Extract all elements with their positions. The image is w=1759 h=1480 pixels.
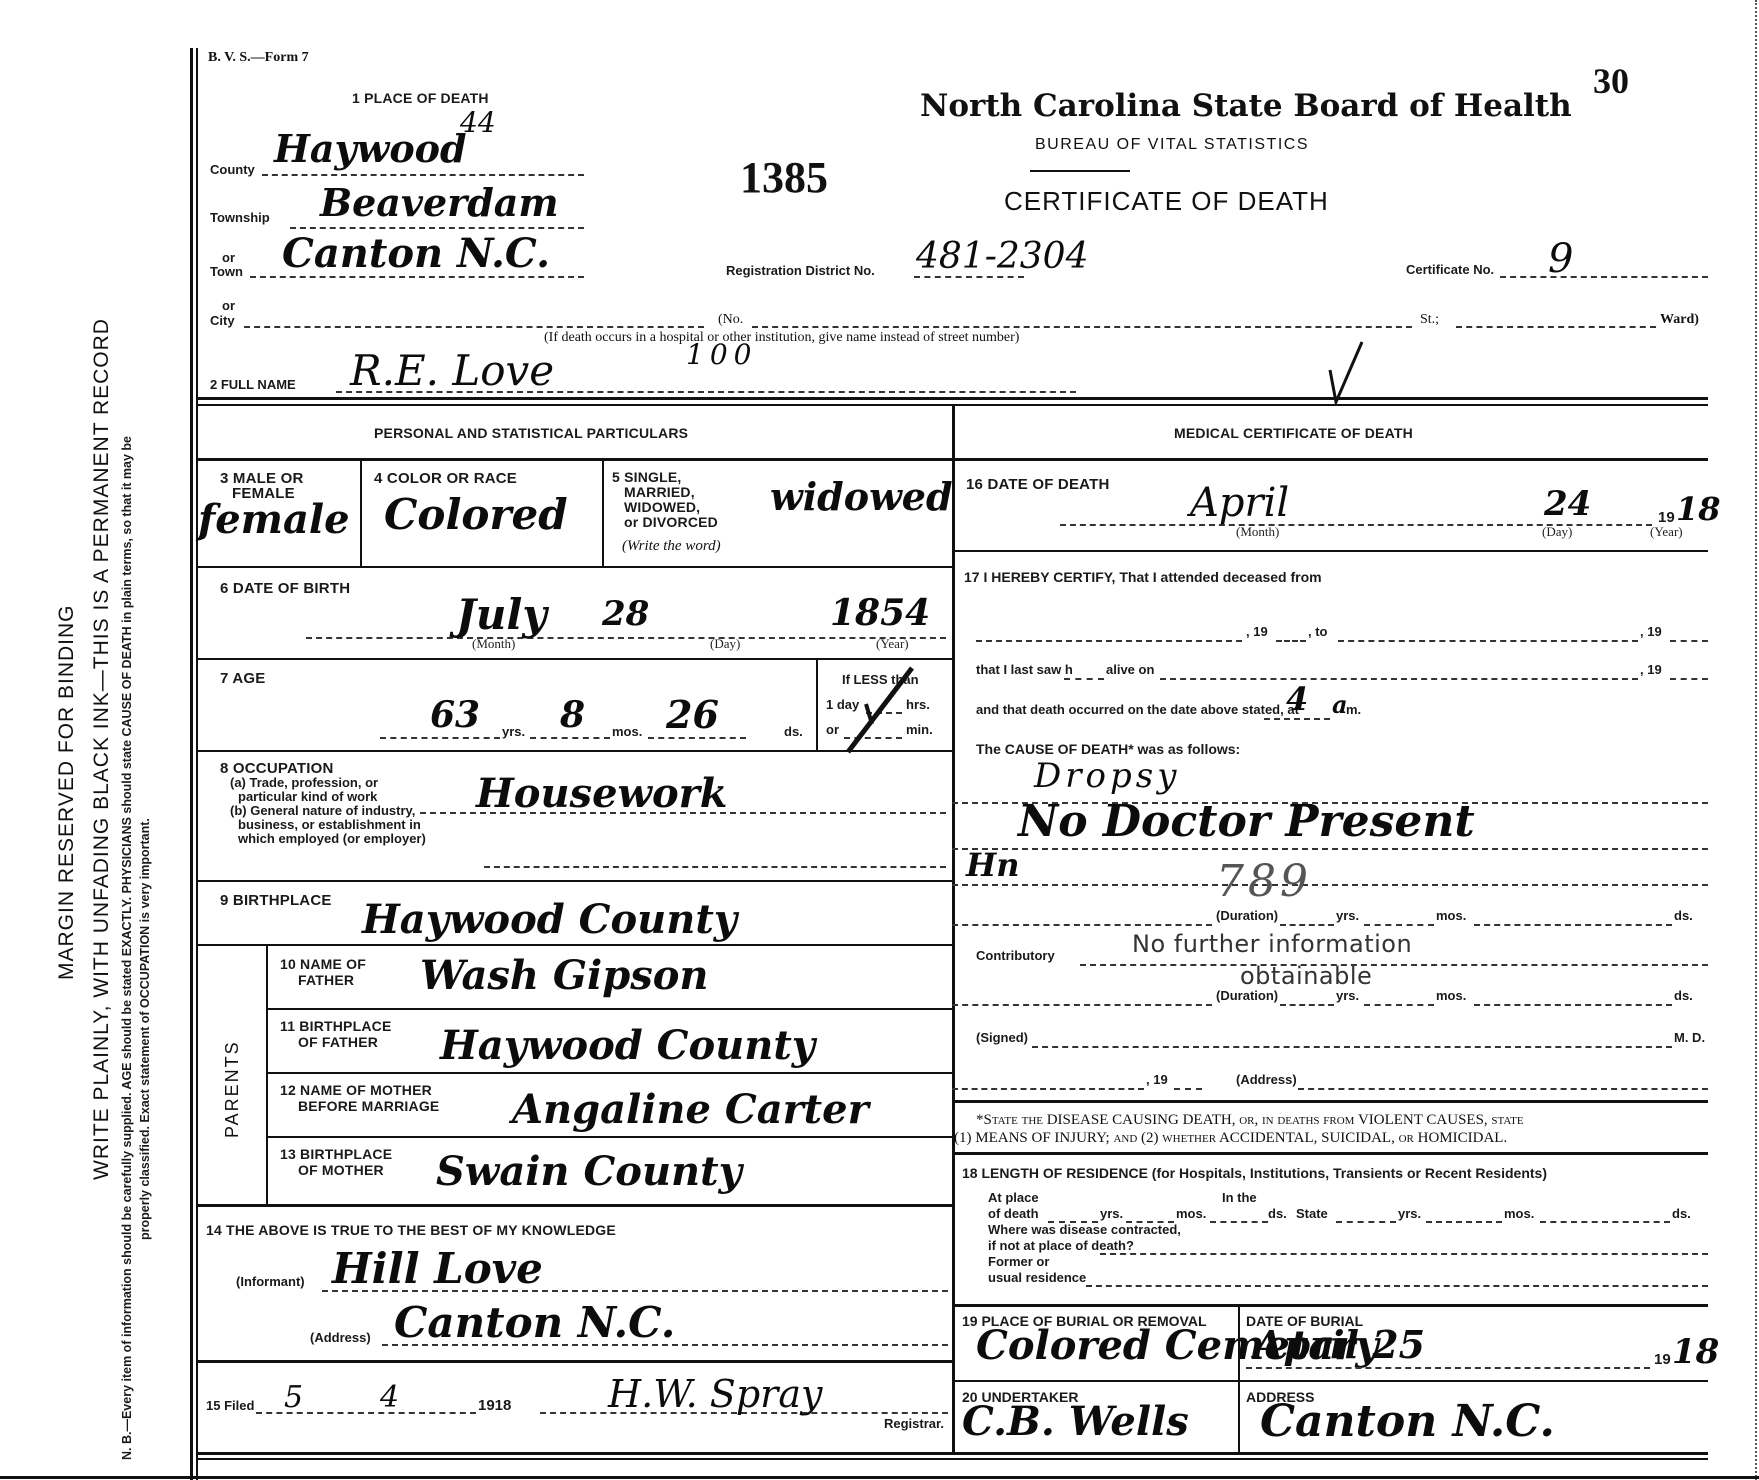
age-mos-label: mos. bbox=[612, 724, 642, 739]
marital-label-line3: WIDOWED, bbox=[612, 499, 700, 515]
undertaker-value: C.B. Wells bbox=[962, 1398, 1189, 1445]
county-label: County bbox=[210, 162, 255, 177]
residence-label: 18 LENGTH OF RESIDENCE (for Hospitals, I… bbox=[962, 1166, 1547, 1181]
father-label-1: 10 NAME OF bbox=[280, 956, 366, 972]
cause-label: The CAUSE OF DEATH* was as follows: bbox=[976, 742, 1240, 757]
row-rule-mother bbox=[266, 1072, 952, 1074]
form-id: B. V. S.—Form 7 bbox=[208, 50, 309, 66]
certificate-label: Certificate No. bbox=[1406, 262, 1494, 277]
town-label-or: or bbox=[222, 250, 235, 265]
duration-label-1: (Duration) bbox=[1216, 908, 1278, 923]
age-ds-label: ds. bbox=[784, 724, 803, 739]
marital-label-line2: MARRIED, bbox=[612, 484, 695, 500]
row-rule-burial bbox=[952, 1304, 1708, 1307]
last-saw-label: that I last saw h bbox=[976, 662, 1073, 677]
dob-day: 28 bbox=[602, 594, 649, 634]
father-bp-value: Haywood County bbox=[440, 1022, 815, 1069]
sex-value: female bbox=[198, 496, 350, 543]
medical-heading: MEDICAL CERTIFICATE OF DEATH bbox=[1174, 425, 1413, 441]
contributory-field[interactable] bbox=[1080, 960, 1708, 966]
occupation-b-field[interactable] bbox=[484, 862, 946, 868]
duration-yrs-field-2[interactable] bbox=[1280, 1000, 1334, 1006]
county-margin-note: 44 bbox=[460, 106, 496, 139]
contributory-stamp-1: No further information bbox=[1132, 930, 1412, 958]
marital-value: widowed bbox=[770, 474, 953, 519]
row-rule-footnote bbox=[952, 1100, 1708, 1103]
row-rule-mother-bp bbox=[266, 1136, 952, 1138]
filed-day: 4 bbox=[380, 1380, 399, 1415]
col-divider-race bbox=[602, 458, 604, 566]
row-rule-informant bbox=[198, 1204, 952, 1207]
state-label: State bbox=[1296, 1206, 1328, 1221]
dod-month: April bbox=[1190, 480, 1289, 526]
age-days: 26 bbox=[666, 692, 719, 737]
signed-date-field[interactable] bbox=[952, 1084, 1144, 1090]
time-suffix: m. bbox=[1346, 702, 1361, 717]
right-border bbox=[1755, 0, 1757, 1480]
true-label: 14 THE ABOVE IS TRUE TO THE BEST OF MY K… bbox=[206, 1222, 616, 1238]
contracted-field[interactable] bbox=[1100, 1250, 1708, 1255]
age-label: 7 AGE bbox=[220, 670, 265, 687]
duration-yrs-1: yrs. bbox=[1336, 908, 1359, 923]
attended-to-19: , 19 bbox=[1640, 624, 1662, 639]
burial-year-prefix: 19 bbox=[1654, 1352, 1671, 1367]
row-rule-dob bbox=[198, 566, 952, 568]
town-value: Canton N.C. bbox=[282, 230, 550, 277]
bureau-title: BUREAU OF VITAL STATISTICS bbox=[1035, 136, 1309, 154]
board-title: North Carolina State Board of Health bbox=[920, 88, 1572, 124]
signed-address-label: (Address) bbox=[1236, 1072, 1297, 1087]
dod-day-caption: (Day) bbox=[1542, 524, 1572, 540]
col-divider-burial bbox=[1238, 1304, 1240, 1452]
res-place-ds-field[interactable] bbox=[1210, 1218, 1268, 1223]
attended-to-label: , to bbox=[1308, 624, 1328, 639]
father-value: Wash Gipson bbox=[420, 952, 709, 999]
attended-to-field[interactable] bbox=[1338, 636, 1638, 642]
occupation-b-line3: which employed (or employer) bbox=[230, 831, 426, 846]
cause-field-3[interactable] bbox=[952, 880, 1708, 886]
township-value: Beaverdam bbox=[320, 180, 559, 225]
at-place-label: At place bbox=[988, 1190, 1039, 1205]
res-place-ds: ds. bbox=[1268, 1206, 1287, 1221]
cause-1: Dropsy bbox=[1034, 756, 1180, 796]
margin-ink-note: WRITE PLAINLY, WITH UNFADING BLACK INK—T… bbox=[90, 318, 114, 1180]
cause-mark: Hn bbox=[966, 846, 1020, 884]
dob-day-caption: (Day) bbox=[710, 636, 740, 652]
town-label: Town bbox=[210, 264, 243, 279]
occurred-label: and that death occurred on the date abov… bbox=[976, 702, 1299, 717]
reg-district-label: Registration District No. bbox=[726, 263, 875, 278]
title-rule bbox=[1030, 170, 1130, 172]
mother-label-1: 12 NAME OF MOTHER bbox=[280, 1082, 432, 1098]
usual-residence-field[interactable] bbox=[1086, 1282, 1708, 1287]
row-rule-filed bbox=[198, 1360, 952, 1363]
contributory-stamp-2: obtainable bbox=[1240, 962, 1372, 990]
marital-label-1: 5 SINGLE, MARRIED, WIDOWED, or DIVORCED bbox=[612, 470, 718, 530]
res-place-yrs: yrs. bbox=[1100, 1206, 1123, 1221]
footnote-1: *State the DISEASE CAUSING DEATH, or, in… bbox=[976, 1112, 1524, 1129]
dod-year: 18 bbox=[1676, 490, 1721, 528]
alive-on-label: alive on bbox=[1106, 662, 1154, 677]
certificate-value: 9 bbox=[1548, 236, 1573, 282]
margin-nb-line1: N. B.—Every item of information should b… bbox=[120, 436, 135, 1460]
age-months: 8 bbox=[560, 694, 585, 736]
stamp-number: 1385 bbox=[740, 152, 828, 203]
city-label: City bbox=[210, 313, 235, 328]
ward-field[interactable] bbox=[1456, 322, 1656, 328]
row-rule-father-bp bbox=[266, 1008, 952, 1010]
row-rule-occupation bbox=[198, 750, 952, 752]
attended-from-field[interactable] bbox=[976, 636, 1242, 642]
occupation-a-line2: particular kind of work bbox=[230, 789, 377, 804]
page-bottom-rule bbox=[0, 1476, 1759, 1479]
center-divider bbox=[952, 404, 955, 1454]
ward-label: Ward) bbox=[1660, 312, 1699, 328]
mother-bp-label-1: 13 BIRTHPLACE bbox=[280, 1146, 392, 1162]
address-value: Canton N.C. bbox=[394, 1298, 675, 1347]
occupation-a-label: (a) Trade, profession, or particular kin… bbox=[230, 776, 426, 846]
duration-yrs-2: yrs. bbox=[1336, 988, 1359, 1003]
city-label-or: or bbox=[222, 298, 235, 313]
personal-heading-rule bbox=[198, 458, 952, 461]
certify-label: 17 I HEREBY CERTIFY, That I attended dec… bbox=[964, 570, 1322, 585]
dod-year-prefix: 19 bbox=[1658, 510, 1675, 525]
informant-value: Hill Love bbox=[332, 1244, 543, 1293]
burial-year: 18 bbox=[1672, 1332, 1719, 1372]
personal-heading: PERSONAL AND STATISTICAL PARTICULARS bbox=[374, 425, 688, 441]
row-rule-undertaker bbox=[952, 1380, 1708, 1382]
dob-year: 1854 bbox=[830, 592, 930, 634]
marital-label-line1: 5 SINGLE, bbox=[612, 469, 681, 485]
last-saw-pronoun-field[interactable] bbox=[1064, 674, 1104, 680]
bottom-rule-2 bbox=[198, 1458, 1708, 1460]
duration-mos-2: mos. bbox=[1436, 988, 1466, 1003]
signed-address-field[interactable] bbox=[1298, 1084, 1708, 1090]
race-label: 4 COLOR OR RACE bbox=[374, 470, 517, 487]
filed-year: 1918 bbox=[478, 1398, 511, 1413]
duration-mos-field-1[interactable] bbox=[1364, 920, 1434, 926]
city-field[interactable] bbox=[244, 322, 704, 328]
alive-on-year[interactable] bbox=[1670, 674, 1708, 680]
dob-year-caption: (Year) bbox=[876, 636, 909, 652]
occupation-a-line1: (a) Trade, profession, or bbox=[230, 775, 378, 790]
res-state-mos-field[interactable] bbox=[1426, 1218, 1502, 1223]
lt-or-label: or bbox=[826, 722, 839, 737]
page-number: 30 bbox=[1593, 60, 1629, 102]
full-name-annotation: 100 bbox=[686, 338, 757, 371]
township-label: Township bbox=[210, 210, 270, 225]
check-mark-icon bbox=[1326, 340, 1366, 404]
duration-ds-1: ds. bbox=[1674, 908, 1693, 923]
time-value: 4 bbox=[1286, 680, 1308, 718]
duration-field-1[interactable] bbox=[952, 920, 1212, 926]
no-label: (No. bbox=[718, 312, 743, 328]
dob-month-caption: (Month) bbox=[472, 636, 515, 652]
full-name-label: 2 FULL NAME bbox=[210, 377, 296, 392]
col-divider-lt bbox=[816, 658, 818, 750]
marital-label-line4: or DIVORCED bbox=[612, 514, 718, 530]
margin-nb-line2: properly classified. Exact statement of … bbox=[138, 818, 153, 1240]
signed-field[interactable] bbox=[1032, 1042, 1672, 1048]
contributory-label: Contributory bbox=[976, 948, 1055, 963]
left-border-inner bbox=[196, 48, 198, 1480]
father-label-2: FATHER bbox=[298, 972, 354, 988]
signed-19: , 19 bbox=[1146, 1072, 1168, 1087]
duration-label-2: (Duration) bbox=[1216, 988, 1278, 1003]
res-state-ds-field[interactable] bbox=[1540, 1218, 1670, 1223]
mother-bp-label-2: OF MOTHER bbox=[298, 1162, 384, 1178]
age-years: 63 bbox=[430, 694, 480, 736]
dod-year-caption: (Year) bbox=[1650, 524, 1683, 540]
res-state-yrs-field[interactable] bbox=[1336, 1218, 1396, 1223]
race-value: Colored bbox=[384, 490, 568, 539]
former-label: Former or bbox=[988, 1254, 1049, 1269]
filed-month: 5 bbox=[284, 1380, 303, 1415]
res-state-ds: ds. bbox=[1672, 1206, 1691, 1221]
mother-value: Angaline Carter bbox=[512, 1086, 869, 1133]
hospital-note: (If death occurs in a hospital or other … bbox=[544, 330, 1019, 346]
res-place-mos: mos. bbox=[1176, 1206, 1206, 1221]
signed-year-field[interactable] bbox=[1174, 1084, 1202, 1090]
medical-heading-rule bbox=[952, 458, 1708, 461]
usual-label: usual residence bbox=[988, 1270, 1086, 1285]
occupation-b-line1: (b) General nature of industry, bbox=[230, 803, 415, 818]
father-bp-label-2: OF FATHER bbox=[298, 1034, 378, 1050]
row-rule-certify bbox=[952, 550, 1708, 552]
occupation-b-line2: business, or establishment in bbox=[230, 817, 421, 832]
res-state-yrs: yrs. bbox=[1398, 1206, 1421, 1221]
occupation-value: Housework bbox=[476, 770, 727, 817]
duration-field-2[interactable] bbox=[952, 1000, 1212, 1006]
certificate-title: CERTIFICATE OF DEATH bbox=[1004, 186, 1329, 217]
divider-top bbox=[198, 397, 1708, 400]
row-rule-parents bbox=[198, 944, 952, 946]
attended-from-19: , 19 bbox=[1246, 624, 1268, 639]
dob-label: 6 DATE OF BIRTH bbox=[220, 580, 350, 597]
undertaker-address-value: Canton N.C. bbox=[1260, 1396, 1555, 1447]
alive-on-19: , 19 bbox=[1640, 662, 1662, 677]
signed-label: (Signed) bbox=[976, 1030, 1028, 1045]
full-name-value: R.E. Love bbox=[350, 346, 554, 395]
registrar-label: Registrar. bbox=[884, 1416, 944, 1431]
age-yrs-label: yrs. bbox=[502, 724, 525, 739]
dod-day: 24 bbox=[1544, 484, 1591, 524]
duration-mos-field-2[interactable] bbox=[1364, 1000, 1434, 1006]
filed-label: 15 Filed bbox=[206, 1398, 254, 1413]
row-rule-residence bbox=[952, 1152, 1708, 1155]
duration-yrs-field-1[interactable] bbox=[1280, 920, 1334, 926]
duration-ds-field-1[interactable] bbox=[1474, 920, 1672, 926]
duration-mos-1: mos. bbox=[1436, 908, 1466, 923]
cause-code: 789 bbox=[1216, 856, 1312, 907]
col-divider-sex bbox=[360, 458, 362, 566]
place-of-death-heading: 1 PLACE OF DEATH bbox=[352, 90, 489, 106]
res-state-mos: mos. bbox=[1504, 1206, 1534, 1221]
marital-label-write: (Write the word) bbox=[622, 538, 721, 555]
birthplace-value: Haywood County bbox=[362, 896, 737, 943]
parents-divider bbox=[266, 944, 268, 1204]
dod-label: 16 DATE OF DEATH bbox=[966, 476, 1110, 493]
attended-from-year[interactable] bbox=[1276, 636, 1306, 642]
of-death-label: of death bbox=[988, 1206, 1039, 1221]
burial-date-value: April 25 bbox=[1254, 1322, 1425, 1367]
cause-2: No Doctor Present bbox=[1018, 796, 1475, 847]
registrar-signature: H.W. Spray bbox=[608, 1372, 822, 1416]
dob-month: July bbox=[456, 590, 547, 639]
county-value: Haywood bbox=[274, 126, 467, 171]
dod-month-caption: (Month) bbox=[1236, 524, 1279, 540]
strike-mark-icon bbox=[846, 664, 916, 754]
certificate-field[interactable] bbox=[1500, 272, 1708, 278]
duration-ds-field-2[interactable] bbox=[1474, 1000, 1672, 1006]
birthplace-label: 9 BIRTHPLACE bbox=[220, 892, 332, 909]
margin-binding-note: MARGIN RESERVED FOR BINDING bbox=[55, 605, 79, 981]
reg-district-value: 481-2304 bbox=[916, 236, 1089, 277]
mother-bp-value: Swain County bbox=[436, 1148, 742, 1195]
address-label: (Address) bbox=[310, 1330, 371, 1345]
left-border bbox=[190, 48, 193, 1480]
md-label: M. D. bbox=[1674, 1030, 1705, 1045]
row-rule-age bbox=[198, 658, 952, 660]
row-rule-birthplace bbox=[198, 880, 952, 882]
mother-label-2: BEFORE MARRIAGE bbox=[298, 1098, 439, 1114]
attended-to-year[interactable] bbox=[1670, 636, 1708, 642]
in-the-label: In the bbox=[1222, 1190, 1257, 1205]
bottom-rule bbox=[198, 1452, 1708, 1455]
father-bp-label-1: 11 BIRTHPLACE bbox=[280, 1018, 392, 1034]
footnote-2: (1) MEANS OF INJURY; and (2) whether ACC… bbox=[954, 1130, 1507, 1147]
where-contracted-label: Where was disease contracted, bbox=[988, 1222, 1181, 1237]
st-label: St.; bbox=[1420, 312, 1439, 328]
street-field[interactable] bbox=[752, 322, 1412, 328]
informant-label: (Informant) bbox=[236, 1274, 305, 1289]
parents-label: PARENTS bbox=[222, 1040, 243, 1138]
alive-on-field[interactable] bbox=[1160, 674, 1638, 680]
duration-ds-2: ds. bbox=[1674, 988, 1693, 1003]
